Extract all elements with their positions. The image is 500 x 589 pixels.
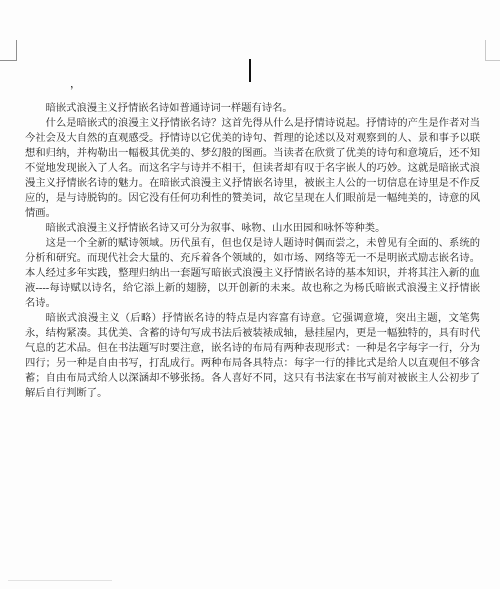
document-page[interactable]: ， 暗嵌式浪漫主义抒情嵌名诗如普通诗词一样题有诗名。 什么是暗嵌式的浪漫主义抒情… bbox=[0, 0, 500, 589]
paragraph[interactable]: 暗嵌式浪漫主义抒情嵌名诗又可分为叙事、咏物、山水田园和咏怀等种类。 bbox=[25, 221, 480, 236]
paragraph[interactable]: 暗嵌式浪漫主义抒情嵌名诗如普通诗词一样题有诗名。 bbox=[25, 101, 480, 116]
margin-crop-mark-top-right bbox=[485, 40, 500, 61]
paragraph[interactable]: 什么是暗嵌式的浪漫主义抒情嵌名诗？这首先得从什么是抒情诗说起。抒情诗的产生是作者… bbox=[25, 116, 480, 221]
stray-comma: ， bbox=[70, 77, 81, 92]
margin-crop-mark-top-left bbox=[0, 40, 17, 61]
paragraph[interactable]: 这是一个全新的赋诗领域。历代虽有，但也仅是诗人题诗时偶而尝之，未曾见有全面的、系… bbox=[25, 236, 480, 311]
text-cursor bbox=[249, 59, 251, 82]
page-edge-artifact bbox=[8, 580, 112, 581]
paragraph[interactable]: 暗嵌式浪漫主义（后略）抒情嵌名诗的特点是内容富有诗意。它强调意境，突出主题，文笔… bbox=[25, 311, 480, 401]
document-text[interactable]: 暗嵌式浪漫主义抒情嵌名诗如普通诗词一样题有诗名。 什么是暗嵌式的浪漫主义抒情嵌名… bbox=[25, 101, 480, 401]
